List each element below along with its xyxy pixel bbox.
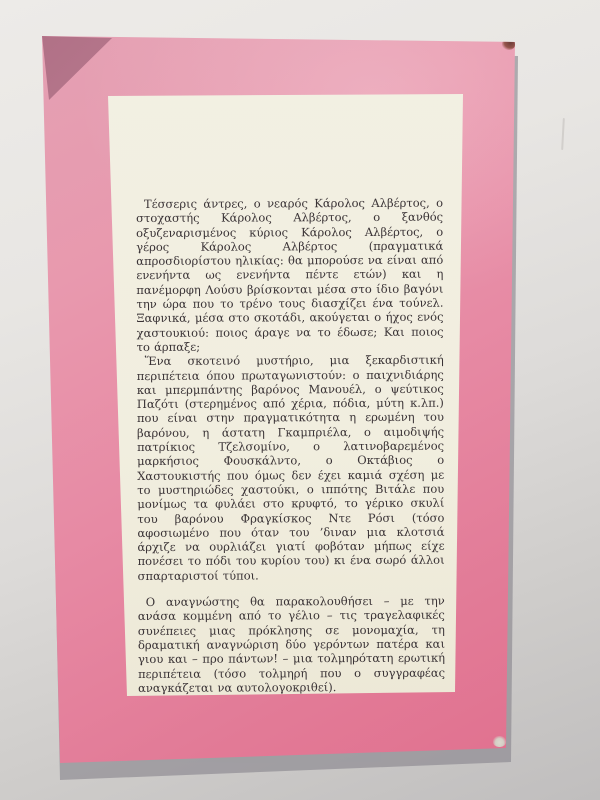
photo-frame: Τέσσερις άντρες, ο νεαρός Κάρολος Αλβέρτ… [0,0,600,800]
blurb-paragraph-4: Μα τι πράγμα είναι αυτός ο έρωτας: ένα έ… [138,706,445,750]
blurb-paragraph-2: Ἕνα σκοτεινό μυστήριο, μια ξεκαρδιστική … [137,353,445,583]
surface-scratch [561,118,565,150]
corner-chip [493,736,506,747]
blurb-text: Τέσσερις άντρες, ο νεαρός Κάρολος Αλβέρτ… [136,196,445,750]
corner-stain [502,39,515,50]
blurb-paragraph-1: Τέσσερις άντρες, ο νεαρός Κάρολος Αλβέρτ… [136,196,444,355]
blurb-paragraph-3: Ο αναγνώστης θα παρακολουθήσει – με την … [138,594,445,695]
